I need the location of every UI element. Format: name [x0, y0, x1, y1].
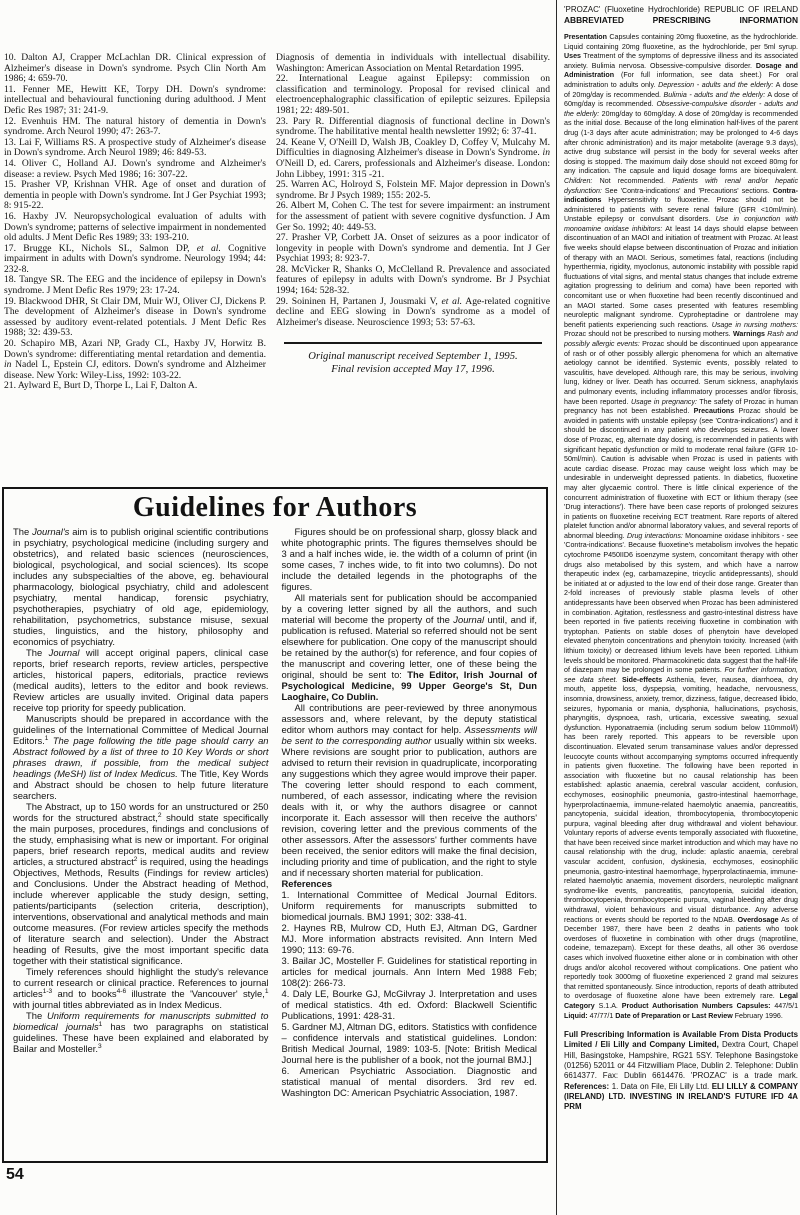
- reference-item: 20. Schapiro MB, Azari NP, Grady CL, Hax…: [4, 339, 266, 381]
- guidelines-box: Guidelines for Authors The Journal's aim…: [2, 487, 548, 1163]
- reference-item: 18. Tangye SR. The EEG and the incidence…: [4, 275, 266, 296]
- reference-item: Diagnosis of dementia in individuals wit…: [276, 53, 550, 74]
- reference-item: 22. International League against Epileps…: [276, 74, 550, 116]
- guidelines-columns: The Journal's aim is to publish original…: [13, 526, 537, 1098]
- references-column-left: 10. Dalton AJ, Crapper McLachlan DR. Cli…: [4, 53, 266, 392]
- horizontal-rule: [284, 342, 542, 344]
- guidelines-reference-item: 6. American Psychiatric Association. Dia…: [282, 1065, 538, 1098]
- references-column-right: Diagnosis of dementia in individuals wit…: [276, 53, 550, 392]
- guidelines-paragraph: Timely references should highlight the s…: [13, 966, 269, 1010]
- manuscript-note: Original manuscript received September 1…: [276, 342, 550, 376]
- guidelines-paragraph: All materials sent for publication shoul…: [282, 592, 538, 702]
- column-separator-rule: [556, 0, 557, 1215]
- reference-item: 19. Blackwood DHR, St Clair DM, Muir WJ,…: [4, 297, 266, 339]
- guidelines-column-left: The Journal's aim is to publish original…: [13, 526, 269, 1098]
- prozac-prescribing-body: Presentation Capsules containing 20mg fl…: [564, 33, 798, 1021]
- reference-item: 10. Dalton AJ, Crapper McLachlan DR. Cli…: [4, 53, 266, 85]
- manuscript-received-line: Original manuscript received September 1…: [276, 351, 550, 364]
- references-column-right-list: Diagnosis of dementia in individuals wit…: [276, 53, 550, 328]
- guidelines-references-heading: References: [282, 878, 538, 889]
- reference-item: 16. Haxby JV. Neuropsychological evaluat…: [4, 212, 266, 244]
- guidelines-reference-item: 5. Gardner MJ, Altman DG, editors. Stati…: [282, 1021, 538, 1065]
- guidelines-column-right: Figures should be on professional sharp,…: [282, 526, 538, 1098]
- manuscript-accepted-line: Final revision accepted May 17, 1996.: [276, 364, 550, 377]
- reference-item: 24. Keane V, O'Neill D, Walsh JB, Coakle…: [276, 138, 550, 180]
- prozac-advert-column: 'PROZAC' (Fluoxetine Hydrochloride) REPU…: [564, 5, 798, 1213]
- guidelines-paragraph: Figures should be on professional sharp,…: [282, 526, 538, 592]
- guidelines-paragraph: All contributions are peer-reviewed by t…: [282, 702, 538, 878]
- page-number: 54: [6, 1166, 24, 1184]
- reference-item: 12. Evenhuis HM. The natural history of …: [4, 117, 266, 138]
- guidelines-paragraph: The Journal's aim is to publish original…: [13, 526, 269, 647]
- guidelines-reference-item: 3. Bailar JC, Mosteller F. Guidelines fo…: [282, 955, 538, 988]
- reference-item: 15. Prasher VP, Krishnan VHR. Age of ons…: [4, 180, 266, 212]
- guidelines-paragraph: The Uniform requirements for manuscripts…: [13, 1010, 269, 1054]
- reference-item: 23. Pary R. Differential diagnosis of fu…: [276, 117, 550, 138]
- guidelines-paragraph: The Journal will accept original papers,…: [13, 647, 269, 713]
- reference-item: 26. Albert M, Cohen C. The test for seve…: [276, 201, 550, 233]
- prozac-footer: Full Prescribing Information is Availabl…: [564, 1030, 798, 1112]
- reference-item: 29. Soininen H, Partanen J, Jousmaki V, …: [276, 297, 550, 329]
- reference-item: 25. Warren AC, Holroyd S, Folstein MF. M…: [276, 180, 550, 201]
- prozac-header: 'PROZAC' (Fluoxetine Hydrochloride) REPU…: [564, 5, 798, 15]
- reference-item: 27. Prasher VP, Corbett JA. Onset of sei…: [276, 233, 550, 265]
- reference-item: 11. Fenner ME, Hewitt KE, Torpy DH. Down…: [4, 85, 266, 117]
- guidelines-reference-item: 1. International Committee of Medical Jo…: [282, 889, 538, 922]
- guidelines-reference-item: 2. Haynes RB, Mulrow CD, Huth EJ, Altman…: [282, 922, 538, 955]
- prozac-subheader: ABBREVIATED PRESCRIBING INFORMATION: [564, 15, 798, 26]
- guidelines-reference-item: 4. Daly LE, Bourke GJ, McGilvray J. Inte…: [282, 988, 538, 1021]
- reference-item: 28. McVicker R, Shanks O, McClelland R. …: [276, 265, 550, 297]
- reference-item: 13. Lai F, Williams RS. A prospective st…: [4, 138, 266, 159]
- guidelines-paragraph: Manuscripts should be prepared in accord…: [13, 713, 269, 801]
- guidelines-column-right-paragraphs: Figures should be on professional sharp,…: [282, 526, 538, 878]
- guidelines-references-list: 1. International Committee of Medical Jo…: [282, 889, 538, 1098]
- reference-item: 17. Brugge KL, Nichols SL, Salmon DP, et…: [4, 244, 266, 276]
- journal-page: { "page": { "number": "54" }, "reference…: [0, 0, 800, 1215]
- references-section: 10. Dalton AJ, Crapper McLachlan DR. Cli…: [4, 53, 550, 392]
- reference-item: 21. Aylward E, Burt D, Thorpe L, Lai F, …: [4, 381, 266, 392]
- reference-item: 14. Oliver C, Holland AJ. Down's syndrom…: [4, 159, 266, 180]
- guidelines-paragraph: The Abstract, up to 150 words for an uns…: [13, 801, 269, 966]
- guidelines-title: Guidelines for Authors: [13, 493, 537, 523]
